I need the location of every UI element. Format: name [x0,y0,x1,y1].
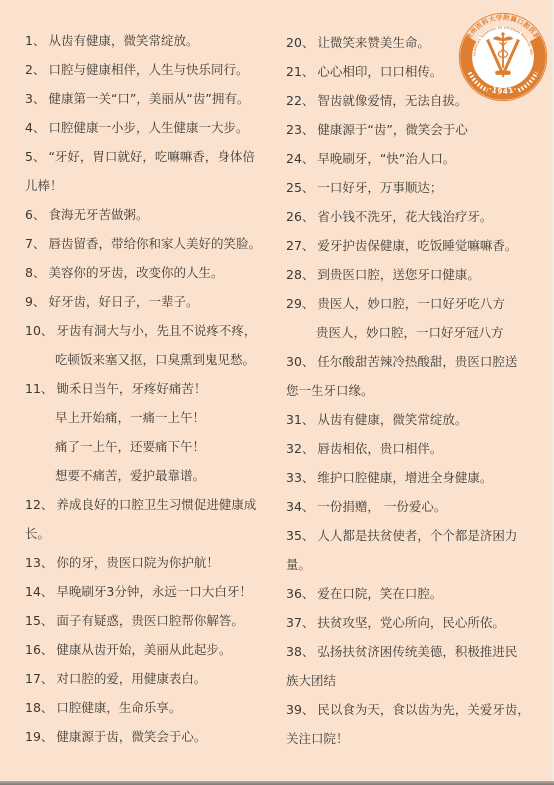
item-number: 36、 [286,586,314,601]
slogan-line: 28、到贵医口腔，送您牙口健康。 [286,260,548,289]
seal-svg: 贵州医科大学附属口腔医院 STOMATOLOGICAL HOSPITAL OF … [457,11,549,103]
item-number: 9、 [25,294,45,309]
item-number: 5、 [25,149,45,164]
item-number: 39、 [286,702,314,717]
slogan-line: 1、从齿有健康，微笑常绽放。 [25,26,279,55]
page-bottom-edge [0,781,554,785]
item-number: 6、 [25,207,45,222]
slogan-line: 10、牙齿有洞大与小，先且不说疼不疼， [25,316,279,345]
list-item: 2、口腔与健康相伴，人生与快乐同行。 [25,55,279,84]
list-item: 33、维护口腔健康，增进全身健康。 [286,463,548,492]
item-number: 27、 [286,238,314,253]
slogan-line: 16、健康从齿开始，美丽从此起步。 [25,635,279,664]
slogan-line: 11、锄禾日当午，牙疼好痛苦！ [25,374,279,403]
slogan-line: 15、面子有疑惑，贵医口腔帮你解答。 [25,606,279,635]
item-number: 10、 [25,323,53,338]
verse-line: 痛了一上午，还要痛下午！ [25,432,279,461]
list-item: 3、健康第一关“口”，美丽从“齿”拥有。 [25,84,279,113]
slogan-line: 19、健康源于齿，微笑会于心。 [25,722,279,751]
item-number: 24、 [286,151,314,166]
slogan-line: 25、一口好牙，万事顺达； [286,173,548,202]
item-number: 12、 [25,497,53,512]
wrapped-line: 族大团结 [286,666,548,695]
slogan-line: 39、民以食为天，食以齿为先，关爱牙齿， [286,695,548,724]
wrapped-line: 关注口院！ [286,724,548,753]
slogan-line: 27、爱牙护齿保健康，吃饭睡觉嘛嘛香。 [286,231,548,260]
slogan-line: 17、对口腔的爱，用健康表白。 [25,664,279,693]
item-number: 17、 [25,671,53,686]
list-item: 36、爱在口院，笑在口腔。 [286,579,548,608]
item-number: 11、 [25,381,53,396]
slogan-line: 2、口腔与健康相伴，人生与快乐同行。 [25,55,279,84]
list-item: 13、你的牙，贵医口院为你护航！ [25,548,279,577]
list-item: 5、“牙好，胃口就好，吃嘛嘛香，身体倍儿棒！ [25,142,279,200]
item-number: 3、 [25,91,45,106]
item-number: 35、 [286,528,314,543]
list-item: 27、爱牙护齿保健康，吃饭睡觉嘛嘛香。 [286,231,548,260]
slogan-line: 38、弘扬扶贫济困传统美德，积极推进民 [286,637,548,666]
item-number: 15、 [25,613,53,628]
item-number: 8、 [25,265,45,280]
slogan-line: 34、一份捐赠， 一份爱心。 [286,492,548,521]
item-number: 23、 [286,122,314,137]
list-item: 1、从齿有健康，微笑常绽放。 [25,26,279,55]
slogan-line: 35、人人都是扶贫使者，个个都是济困力 [286,521,548,550]
slogan-line: 30、任尔酸甜苦辣冷热酸甜，贵医口腔送 [286,347,548,376]
slogan-line: 18、口腔健康，生命乐享。 [25,693,279,722]
wrapped-line: 长。 [25,519,279,548]
item-number: 16、 [25,642,53,657]
item-number: 19、 [25,729,53,744]
slogan-line: 9、好牙齿，好日子，一辈子。 [25,287,279,316]
list-item: 23、健康源于“齿”，微笑会于心 [286,115,548,144]
list-item: 32、唇齿相依，贵口相伴。 [286,434,548,463]
list-item: 37、扶贫攻坚，党心所向，民心所依。 [286,608,548,637]
slogan-line: 29、贵医人，妙口腔，一口好牙吃八方 [286,289,548,318]
item-number: 20、 [286,35,314,50]
list-item: 30、任尔酸甜苦辣冷热酸甜，贵医口腔送您一生牙口缘。 [286,347,548,405]
wrapped-line: 您一生牙口缘。 [286,376,548,405]
list-item: 29、贵医人，妙口腔，一口好牙吃八方贵医人，妙口腔，一口好牙冠八方 [286,289,548,347]
list-item: 14、早晚刷牙3分钟，永远一口大白牙！ [25,577,279,606]
item-number: 26、 [286,209,314,224]
item-number: 13、 [25,555,53,570]
list-item: 39、民以食为天，食以齿为先，关爱牙齿，关注口院！ [286,695,548,753]
item-number: 29、 [286,296,314,311]
item-number: 1、 [25,33,45,48]
slogan-column-right: 20、让微笑来赞美生命。21、心心相印，口口相传。22、智齿就像爱情，无法自拔。… [286,28,548,753]
item-number: 21、 [286,64,314,79]
item-number: 37、 [286,615,314,630]
slogan-line: 7、唇齿留香，带给你和家人美好的笑脸。 [25,229,279,258]
slogan-line: 23、健康源于“齿”，微笑会于心 [286,115,548,144]
verse-line: 想要不痛苦，爱护最靠谱。 [25,461,279,490]
item-number: 25、 [286,180,314,195]
list-item: 4、口腔健康一小步，人生健康一大步。 [25,113,279,142]
slogan-line: 12、养成良好的口腔卫生习惯促进健康成 [25,490,279,519]
list-item: 15、面子有疑惑，贵医口腔帮你解答。 [25,606,279,635]
item-number: 4、 [25,120,45,135]
list-item: 10、牙齿有洞大与小，先且不说疼不疼，吃顿饭来塞又抠，口臭熏到鬼见愁。 [25,316,279,374]
hospital-seal-logo: 贵州医科大学附属口腔医院 STOMATOLOGICAL HOSPITAL OF … [457,11,549,103]
item-number: 28、 [286,267,314,282]
item-number: 33、 [286,470,314,485]
slogan-line: 36、爱在口院，笑在口腔。 [286,579,548,608]
list-item: 6、食海无牙苦做粥。 [25,200,279,229]
list-item: 19、健康源于齿，微笑会于心。 [25,722,279,751]
slogan-line: 31、从齿有健康，微笑常绽放。 [286,405,548,434]
verse-line: 吃顿饭来塞又抠，口臭熏到鬼见愁。 [25,345,279,374]
item-number: 34、 [286,499,314,514]
slogan-column-left: 1、从齿有健康，微笑常绽放。2、口腔与健康相伴，人生与快乐同行。3、健康第一关“… [25,26,279,751]
slogan-line: 5、“牙好，胃口就好，吃嘛嘛香，身体倍 [25,142,279,171]
item-number: 31、 [286,412,314,427]
list-item: 25、一口好牙，万事顺达； [286,173,548,202]
slogan-line: 32、唇齿相依，贵口相伴。 [286,434,548,463]
item-number: 14、 [25,584,53,599]
list-item: 7、唇齿留香，带给你和家人美好的笑脸。 [25,229,279,258]
slogan-line: 3、健康第一关“口”，美丽从“齿”拥有。 [25,84,279,113]
list-item: 9、好牙齿，好日子，一辈子。 [25,287,279,316]
list-item: 31、从齿有健康，微笑常绽放。 [286,405,548,434]
list-item: 28、到贵医口腔，送您牙口健康。 [286,260,548,289]
emblem-banner [495,71,511,75]
list-item: 11、锄禾日当午，牙疼好痛苦！早上开始痛，一痛一上午！痛了一上午，还要痛下午！想… [25,374,279,490]
list-item: 16、健康从齿开始，美丽从此起步。 [25,635,279,664]
list-item: 17、对口腔的爱，用健康表白。 [25,664,279,693]
slogan-line: 26、省小钱不洗牙，花大钱治疗牙。 [286,202,548,231]
verse-line: 早上开始痛，一痛一上午！ [25,403,279,432]
list-item: 8、美容你的牙齿，改变你的人生。 [25,258,279,287]
slogan-line: 8、美容你的牙齿，改变你的人生。 [25,258,279,287]
list-item: 18、口腔健康，生命乐享。 [25,693,279,722]
wrapped-line: 量。 [286,550,548,579]
wrapped-line: 儿棒！ [25,171,279,200]
item-number: 2、 [25,62,45,77]
list-item: 35、人人都是扶贫使者，个个都是济困力量。 [286,521,548,579]
verse-line: 贵医人，妙口腔，一口好牙冠八方 [286,318,548,347]
item-number: 18、 [25,700,53,715]
slogan-line: 37、扶贫攻坚，党心所向，民心所依。 [286,608,548,637]
item-number: 22、 [286,93,314,108]
list-item: 24、早晚刷牙，“快”治人口。 [286,144,548,173]
document-page: 1、从齿有健康，微笑常绽放。2、口腔与健康相伴，人生与快乐同行。3、健康第一关“… [0,0,554,785]
slogan-line: 14、早晚刷牙3分钟，永远一口大白牙！ [25,577,279,606]
list-item: 12、养成良好的口腔卫生习惯促进健康成长。 [25,490,279,548]
item-number: 38、 [286,644,314,659]
slogan-line: 4、口腔健康一小步，人生健康一大步。 [25,113,279,142]
list-item: 34、一份捐赠， 一份爱心。 [286,492,548,521]
item-number: 32、 [286,441,314,456]
list-item: 38、弘扬扶贫济困传统美德，积极推进民族大团结 [286,637,548,695]
slogan-line: 33、维护口腔健康，增进全身健康。 [286,463,548,492]
list-item: 26、省小钱不洗牙，花大钱治疗牙。 [286,202,548,231]
slogan-line: 6、食海无牙苦做粥。 [25,200,279,229]
slogan-line: 13、你的牙，贵医口院为你护航！ [25,548,279,577]
slogan-line: 24、早晚刷牙，“快”治人口。 [286,144,548,173]
item-number: 7、 [25,236,45,251]
item-number: 30、 [286,354,314,369]
